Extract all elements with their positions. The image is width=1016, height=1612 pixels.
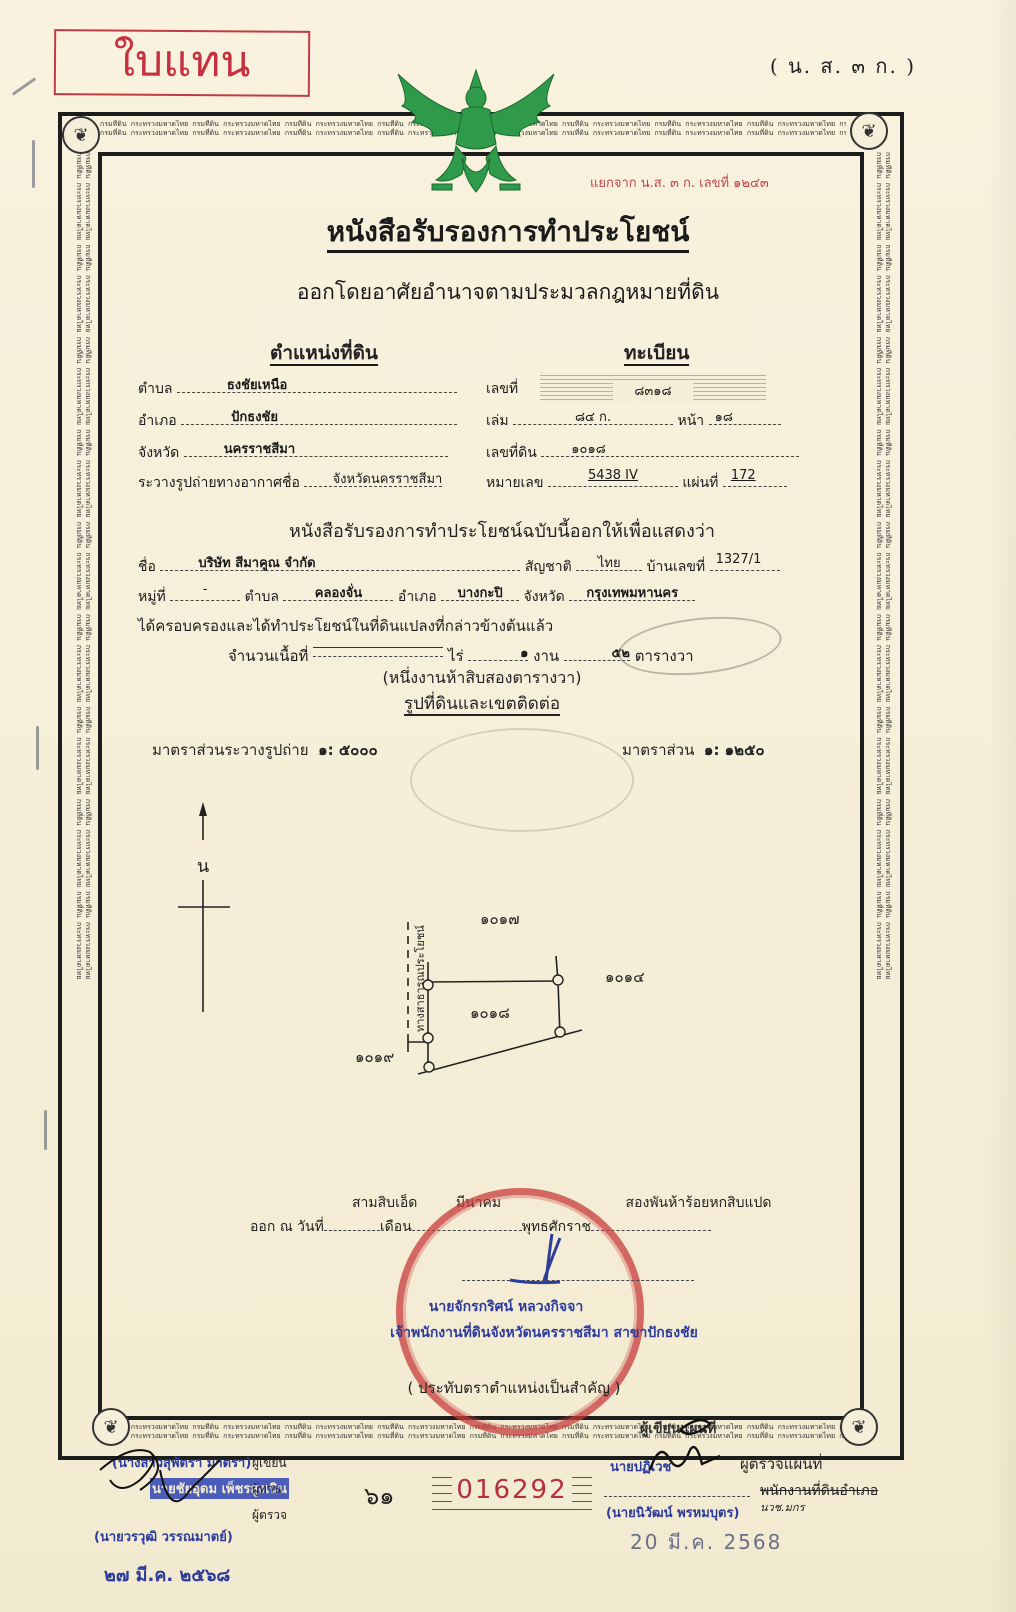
left-date-stamp: ๒๗ มี.ค. ๒๕๖๘ [104,1560,230,1589]
signature-scribble-icon [500,1232,580,1288]
registry-number-value: ๘๓๑๘ [613,380,693,401]
serial-number: 016292 [432,1470,592,1510]
certify-intro: หนังสือรับรองการทำประโยชน์ฉบับนี้ออกให้เ… [0,516,1010,545]
registry-number-row: เลขที่ [486,378,518,400]
svg-text:๑๐๑๙: ๑๐๑๙ [355,1048,394,1066]
staple [32,140,35,188]
border-pattern-right: กรมที่ดิน กระทรวงมหาดไทย กรมที่ดิน กระทร… [872,152,892,1420]
signatory-name: นายจักรกริศน์ หลวงกิจจา [0,1296,1014,1318]
officer-name: (นายนิวัฒน์ พรหมบุตร) [606,1502,739,1523]
staple [44,1110,47,1150]
owner-amphoe-value: บางกะปิ [441,582,519,603]
officer-line [604,1496,750,1497]
moo-value: - [170,582,240,597]
issue-year: สองพันห้าร้อยหกสิบแปด [626,1195,772,1211]
owner-row: ชื่อ บริษัท สีมาคูณ จำกัด สัญชาติ ไทย บ้… [138,556,780,578]
location-province-value: นครราชสีมา [184,438,448,459]
svg-text:๑๓๔: ๑๓๔ [490,1096,521,1100]
owner-province-value: กรุงเทพมหานคร [569,582,695,603]
writer-signature-icon [90,1440,230,1530]
registry-index-row: หมายเลข 5438 IV แผ่นที่ 172 [486,472,787,494]
registry-number-box: ๘๓๑๘ [540,372,766,402]
possession-statement: ได้ครอบครองและได้ทำประโยชน์ในที่ดินแปลงท… [138,614,553,638]
corner-seal-icon: ❦ [840,1408,878,1446]
replacement-stamp: ใบแทน [54,29,310,97]
checker-role: ผู้ตรวจ [252,1506,287,1525]
nationality-value: ไทย [576,552,642,573]
seal-note: ( ประทับตราตำแหน่งเป็นสำคัญ ) [6,1376,1016,1400]
location-tambon-row: ตำบล ธงชัยเหนือ [138,378,457,400]
area-in-words: (หนึ่งงานห้าสิบสองตารางวา) [0,666,990,691]
officer-note: นวช.มกร [760,1498,804,1516]
map-scale: มาตราส่วน ๑: ๑๒๕๐ [622,738,765,762]
registry-sheet-value: 172 [723,468,787,483]
registry-book-value: ๘๔ ก. [513,406,673,427]
staple [36,726,39,770]
corner-seal-icon: ❦ [62,116,100,154]
document-subtitle: ออกโดยอาศัยอำนาจตามประมวลกฎหมายที่ดิน [0,276,1016,309]
staple [12,77,37,96]
house-no-value: 1327/1 [710,552,780,567]
svg-text:น: น [197,856,209,877]
registry-land-no-value: ๑๐๑๘ [541,438,799,459]
land-certificate-page: ใบแทน ( น. ส. ๓ ก. ) กรมที่ดิน กระทรวงมห… [0,0,1016,1612]
svg-text:๑๐๑๗: ๑๐๑๗ [480,910,519,928]
location-tambon-value: ธงชัยเหนือ [177,374,457,395]
area-ngan-value: ๑ [468,642,528,663]
location-aerial-row: ระวางรูปถ่ายทางอากาศชื่อ จังหวัดนครราชสี… [138,472,442,494]
parcel-map-diagram: น ๑๐๑๗ ๑๐๑๘ ๑๐๑๔ ๑๐๑๙ ๑๓๔ ทางสาธารณประโย… [150,780,670,1100]
split-from-note: แยกจาก น.ส. ๓ ก. เลขที่ ๑๒๔๓ [590,172,769,193]
registry-book-row: เล่ม ๘๔ ก. หน้า ๑๘ [486,410,781,432]
aerial-scale-value: ๑: ๕๐๐๐ [318,741,378,759]
registry-land-no-row: เลขที่ดิน ๑๐๑๘ [486,442,799,464]
svg-text:ทางสาธารณประโยชน์: ทางสาธารณประโยชน์ [413,925,427,1032]
garuda-emblem-icon [392,66,560,200]
location-amphoe-row: อำเภอ ปักธงชัย [138,410,457,432]
document-prefix-number: ๖๑ [364,1476,394,1515]
right-date-stamp: 20 มี.ค. 2568 [630,1526,782,1558]
map-heading: รูปที่ดินและเขตติดต่อ [0,690,990,717]
registry-heading: ทะเบียน [624,338,689,368]
registry-page-value: ๑๘ [709,406,781,427]
owner-tambon-value: คลองจั่น [283,582,393,603]
issue-day: สามสิบเอ็ด [352,1195,417,1211]
signatory-position: เจ้าพนักงานที่ดินจังหวัดนครราชสีมา สาขาป… [36,1322,1016,1344]
location-province-row: จังหวัด นครราชสีมา [138,442,448,464]
registry-index-value: 5438 IV [548,468,678,483]
location-heading: ตำแหน่งที่ดิน [270,338,378,368]
owner-address-row: หมู่ที่ - ตำบล คลองจั่น อำเภอ บางกะปิ จั… [138,586,695,608]
map-checker-role: ผู้ตรวจแผนที่ [740,1452,822,1476]
map-scale-value: ๑: ๑๒๕๐ [704,741,765,759]
corner-seal-icon: ❦ [850,112,888,150]
scribe-role: ผู้ทาน [252,1480,282,1499]
owner-name-value: บริษัท สีมาคูณ จำกัด [160,552,520,573]
document-title: หนังสือรับรองการทำประโยชน์ [0,210,1016,254]
form-code: ( น. ส. ๓ ก. ) [770,50,916,82]
border-pattern-left: กรมที่ดิน กระทรวงมหาดไทย กรมที่ดิน กระทร… [72,152,92,1420]
writer-role: ผู้เขียน [252,1454,287,1473]
aerial-scale: มาตราส่วนระวางรูปถ่าย ๑: ๕๐๐๐ [152,738,378,762]
location-amphoe-value: ปักธงชัย [181,406,457,427]
location-aerial-value: จังหวัดนครราชสีมา [304,468,442,489]
svg-text:๑๐๑๘: ๑๐๑๘ [470,1004,510,1022]
svg-text:๑๐๑๔: ๑๐๑๔ [605,968,645,986]
map-checker-signature-icon [640,1410,740,1480]
